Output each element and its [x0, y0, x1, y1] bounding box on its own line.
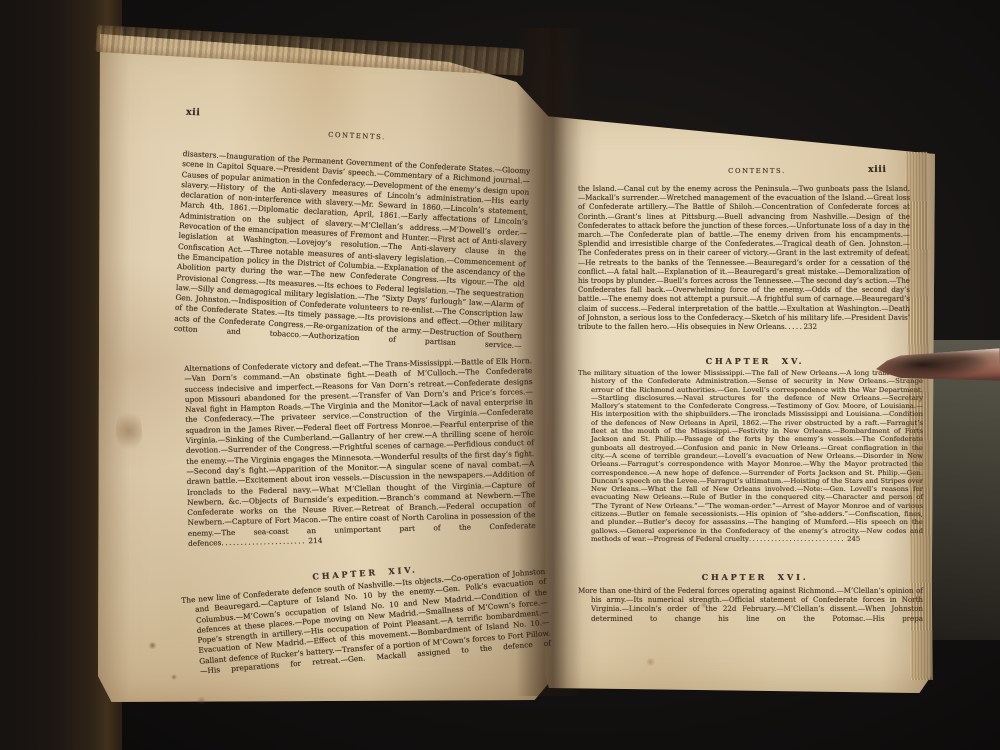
right-folio: xiii	[868, 164, 887, 175]
chapter-xvi-heading: CHAPTER XVI.	[640, 572, 870, 582]
stain	[645, 658, 656, 666]
stain	[148, 642, 157, 649]
toc-continuation-left-lower: Alternations of Confederate victory and …	[184, 356, 536, 549]
chapter-xvi-summary: More than one-third of the Federal force…	[578, 586, 923, 623]
toc-text: The military situation of the lower Miss…	[578, 369, 923, 543]
stain	[171, 674, 177, 680]
right-running-head: CONTENTS.	[692, 167, 822, 175]
stain	[116, 408, 142, 454]
toc-continuation-left-upper: disasters.—Inauguration of the Permanent…	[174, 149, 531, 352]
dot-leader: ......................	[221, 536, 306, 547]
chapter-xv-summary: The military situation of the lower Miss…	[578, 369, 923, 543]
page-ref: 245	[847, 535, 860, 543]
page-ref: 214	[308, 536, 322, 545]
stain	[196, 697, 207, 704]
dot-leader: .....	[785, 322, 804, 331]
toc-continuation-right: the Island.—Canal cut by the enemy acros…	[578, 184, 910, 331]
toc-text: the Island.—Canal cut by the enemy acros…	[578, 184, 910, 331]
page-ref: 232	[803, 322, 817, 331]
chapter-xv-heading: CHAPTER XV.	[640, 356, 870, 366]
dot-leader: ..........................	[749, 535, 845, 543]
table-surface	[926, 340, 1000, 640]
book-photo-scene: xii CONTENTS. disasters.—Inauguration of…	[0, 0, 1000, 750]
left-folio: xii	[186, 107, 201, 119]
toc-text: Alternations of Confederate victory and …	[184, 356, 536, 548]
